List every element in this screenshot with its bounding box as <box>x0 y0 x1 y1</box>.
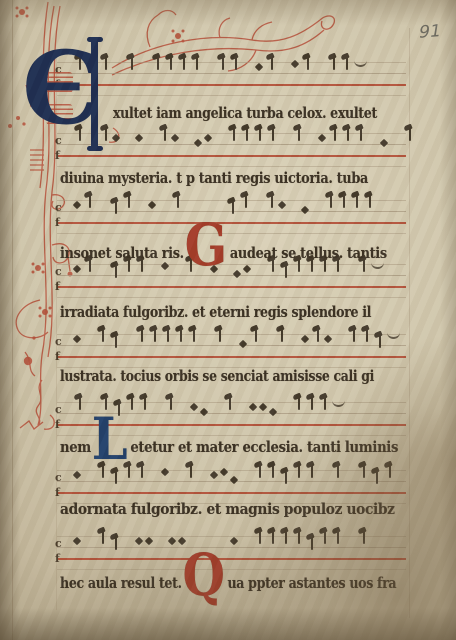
staff-system: cf <box>57 264 406 308</box>
clef-letters: cf <box>55 472 67 498</box>
neume-liquescent <box>387 329 400 339</box>
neume-virga <box>348 326 357 344</box>
neume-punctum <box>135 134 143 142</box>
neume-punctum <box>73 265 81 273</box>
neume-virga <box>123 192 132 210</box>
neume-punctum <box>269 408 277 416</box>
neume-virga <box>227 198 236 216</box>
initial-e-stem-bar <box>91 39 98 149</box>
neume-virga <box>276 326 285 344</box>
neume-virga <box>319 394 328 412</box>
neume-punctum <box>73 201 81 209</box>
neume-virga <box>74 394 83 412</box>
neume-virga <box>325 192 334 210</box>
neume-virga <box>384 462 393 480</box>
initial-e-glyph: Є <box>22 32 102 144</box>
clef-letters: cf <box>55 538 67 564</box>
neume-punctum <box>161 262 169 270</box>
neume-virga <box>293 462 302 480</box>
neume-virga <box>224 394 233 412</box>
folio-number: 91 <box>417 21 442 43</box>
neume-virga <box>126 54 135 72</box>
neume-row <box>74 192 404 216</box>
neume-virga <box>293 394 302 412</box>
neume-punctum <box>278 201 286 209</box>
neume-punctum <box>73 335 81 343</box>
neume-punctum <box>200 408 208 416</box>
neume-virga <box>188 326 197 344</box>
staff-line-red-f <box>57 492 406 494</box>
chant-text-line: adornata fulgoribz. et magnis populoz uo… <box>60 500 395 518</box>
neume-virga <box>351 192 360 210</box>
neume-punctum <box>145 537 153 545</box>
neume-virga <box>110 198 119 216</box>
neume-virga <box>328 54 337 72</box>
chant-text: adornata fulgoribz. et magnis populoz uo… <box>60 500 395 518</box>
neume-virga <box>110 262 119 280</box>
chant-text: diuina mysteria. t p tanti regis uictori… <box>60 169 368 187</box>
neume-virga <box>280 262 289 280</box>
neume-virga <box>254 528 263 546</box>
chant-text: ua ppter astantes uos fra <box>227 574 396 592</box>
neume-virga <box>329 125 338 143</box>
staff-line <box>57 233 406 234</box>
neume-virga <box>374 332 383 350</box>
clef-c-label: c <box>55 335 62 348</box>
neume-punctum <box>171 134 179 142</box>
neume-virga <box>361 326 370 344</box>
neume-virga <box>358 528 367 546</box>
neume-virga <box>110 534 119 552</box>
neume-virga <box>306 534 315 552</box>
chant-text: hec aula resul tet. <box>60 574 182 592</box>
chant-text: lustrata. tocius orbis se senciat amisis… <box>60 367 374 385</box>
chant-text-line: xultet iam angelica turba celox. exultet <box>113 104 377 122</box>
neume-punctum <box>194 139 202 147</box>
neume-virga <box>175 326 184 344</box>
initial-q: Q <box>182 541 224 609</box>
neume-virga <box>254 462 263 480</box>
clef-f-label: f <box>55 419 67 430</box>
neume-row <box>74 326 404 350</box>
neume-virga <box>319 528 328 546</box>
neume-virga <box>149 326 158 344</box>
chant-text: nem <box>60 438 91 456</box>
neume-punctum <box>243 265 251 273</box>
chant-text-line: insonet saluta ris.Gaudeat se tellus. ta… <box>60 238 387 262</box>
neume-virga <box>332 528 341 546</box>
neume-virga <box>214 326 223 344</box>
staff-line-red-f <box>57 286 406 288</box>
clef-letters: cf <box>55 266 67 292</box>
clef-f-label: f <box>55 553 67 564</box>
neume-virga <box>185 462 194 480</box>
chant-text: insonet saluta ris. <box>60 244 184 262</box>
neume-virga <box>293 528 302 546</box>
neume-punctum <box>204 134 212 142</box>
staff-line-red-f <box>57 356 406 358</box>
staff-line-red-f <box>57 558 406 560</box>
neume-punctum <box>324 335 332 343</box>
neume-virga <box>280 468 289 486</box>
neume-virga <box>266 192 275 210</box>
neume-virga <box>371 468 380 486</box>
neume-virga <box>302 54 311 72</box>
neume-punctum <box>233 270 241 278</box>
neume-virga <box>162 326 171 344</box>
neume-virga <box>241 125 250 143</box>
clef-c-label: c <box>55 265 62 278</box>
neume-virga <box>364 192 373 210</box>
neume-punctum <box>259 403 267 411</box>
chant-text-line: lustrata. tocius orbis se senciat amisis… <box>60 367 374 385</box>
staff-line-red-f <box>57 222 406 224</box>
initial-g: G <box>185 211 228 279</box>
neume-virga <box>240 192 249 210</box>
neume-virga <box>191 54 200 72</box>
neume-virga <box>84 192 93 210</box>
neume-virga <box>306 394 315 412</box>
neume-virga <box>97 326 106 344</box>
clef-f-label: f <box>55 217 67 228</box>
neume-virga <box>165 394 174 412</box>
chant-text-line: hec aula resul tet.Qua ppter astantes uo… <box>60 568 396 592</box>
clef-f-label: f <box>55 281 67 292</box>
neume-virga <box>267 528 276 546</box>
neume-virga <box>306 462 315 480</box>
neume-virga <box>338 192 347 210</box>
neume-punctum <box>239 340 247 348</box>
neume-punctum <box>210 471 218 479</box>
neume-virga <box>341 54 350 72</box>
neume-virga <box>136 462 145 480</box>
clef-letters: cf <box>55 336 67 362</box>
neume-punctum <box>135 537 143 545</box>
neume-virga <box>136 326 145 344</box>
neume-virga <box>250 326 259 344</box>
chant-text: audeat se tellus. tantis <box>230 244 387 262</box>
neume-virga <box>293 125 302 143</box>
chant-text-line: irradiata fulgoribz. et eterni regis spl… <box>60 303 371 321</box>
clef-c-label: c <box>55 471 62 484</box>
chant-text: xultet iam angelica turba celox. exultet <box>113 104 377 122</box>
neume-virga <box>165 54 174 72</box>
clef-c-label: c <box>55 403 62 416</box>
neume-virga <box>342 125 351 143</box>
neume-virga <box>159 125 168 143</box>
chant-text-line: diuina mysteria. t p tanti regis uictori… <box>60 169 368 187</box>
neume-virga <box>266 54 275 72</box>
neume-virga <box>217 54 226 72</box>
clef-letters: cf <box>55 404 67 430</box>
neume-row <box>74 528 404 552</box>
neume-punctum <box>301 335 309 343</box>
neume-virga <box>312 326 321 344</box>
neume-virga <box>97 528 106 546</box>
neume-liquescent <box>354 57 367 67</box>
neume-virga <box>110 332 119 350</box>
neume-virga <box>230 54 239 72</box>
neume-virga <box>267 462 276 480</box>
manuscript-page: 91 Є cfcfcfcfcfcfcfcf xultet iam angelic… <box>0 0 456 640</box>
neume-punctum <box>168 537 176 545</box>
neume-virga <box>172 192 181 210</box>
clef-letters: cf <box>55 202 67 228</box>
neume-punctum <box>73 537 81 545</box>
neume-punctum <box>230 537 238 545</box>
neume-punctum <box>249 403 257 411</box>
neume-virga <box>267 125 276 143</box>
initial-e-illuminated: Є <box>24 46 124 148</box>
staff-line <box>57 297 406 298</box>
neume-punctum <box>161 468 169 476</box>
neume-punctum <box>220 468 228 476</box>
initial-l: L <box>92 405 128 473</box>
neume-punctum <box>318 134 326 142</box>
clef-c-label: c <box>55 537 62 550</box>
neume-virga <box>178 54 187 72</box>
neume-virga <box>358 462 367 480</box>
chant-text-line: nemLetetur et mater ecclesia. tanti lumi… <box>60 432 398 456</box>
neume-punctum <box>230 476 238 484</box>
chant-text: irradiata fulgoribz. et eterni regis spl… <box>60 303 371 321</box>
neume-punctum <box>291 60 299 68</box>
neume-punctum <box>73 471 81 479</box>
neume-virga <box>404 125 413 143</box>
neume-punctum <box>255 63 263 71</box>
neume-virga <box>139 394 148 412</box>
clef-f-label: f <box>55 150 67 161</box>
clef-c-label: c <box>55 201 62 214</box>
neume-punctum <box>301 206 309 214</box>
neume-punctum <box>380 139 388 147</box>
neume-punctum <box>190 403 198 411</box>
neume-virga <box>355 125 364 143</box>
clef-f-label: f <box>55 351 67 362</box>
neume-virga <box>280 528 289 546</box>
neume-virga <box>332 462 341 480</box>
chant-text: etetur et mater ecclesia. tanti luminis <box>130 438 398 456</box>
staff-line-red-f <box>57 155 406 157</box>
neume-virga <box>228 125 237 143</box>
neume-liquescent <box>332 397 345 407</box>
neume-virga <box>254 125 263 143</box>
neume-virga <box>152 54 161 72</box>
neume-punctum <box>148 201 156 209</box>
staff-line <box>57 166 406 167</box>
clef-f-label: f <box>55 487 67 498</box>
